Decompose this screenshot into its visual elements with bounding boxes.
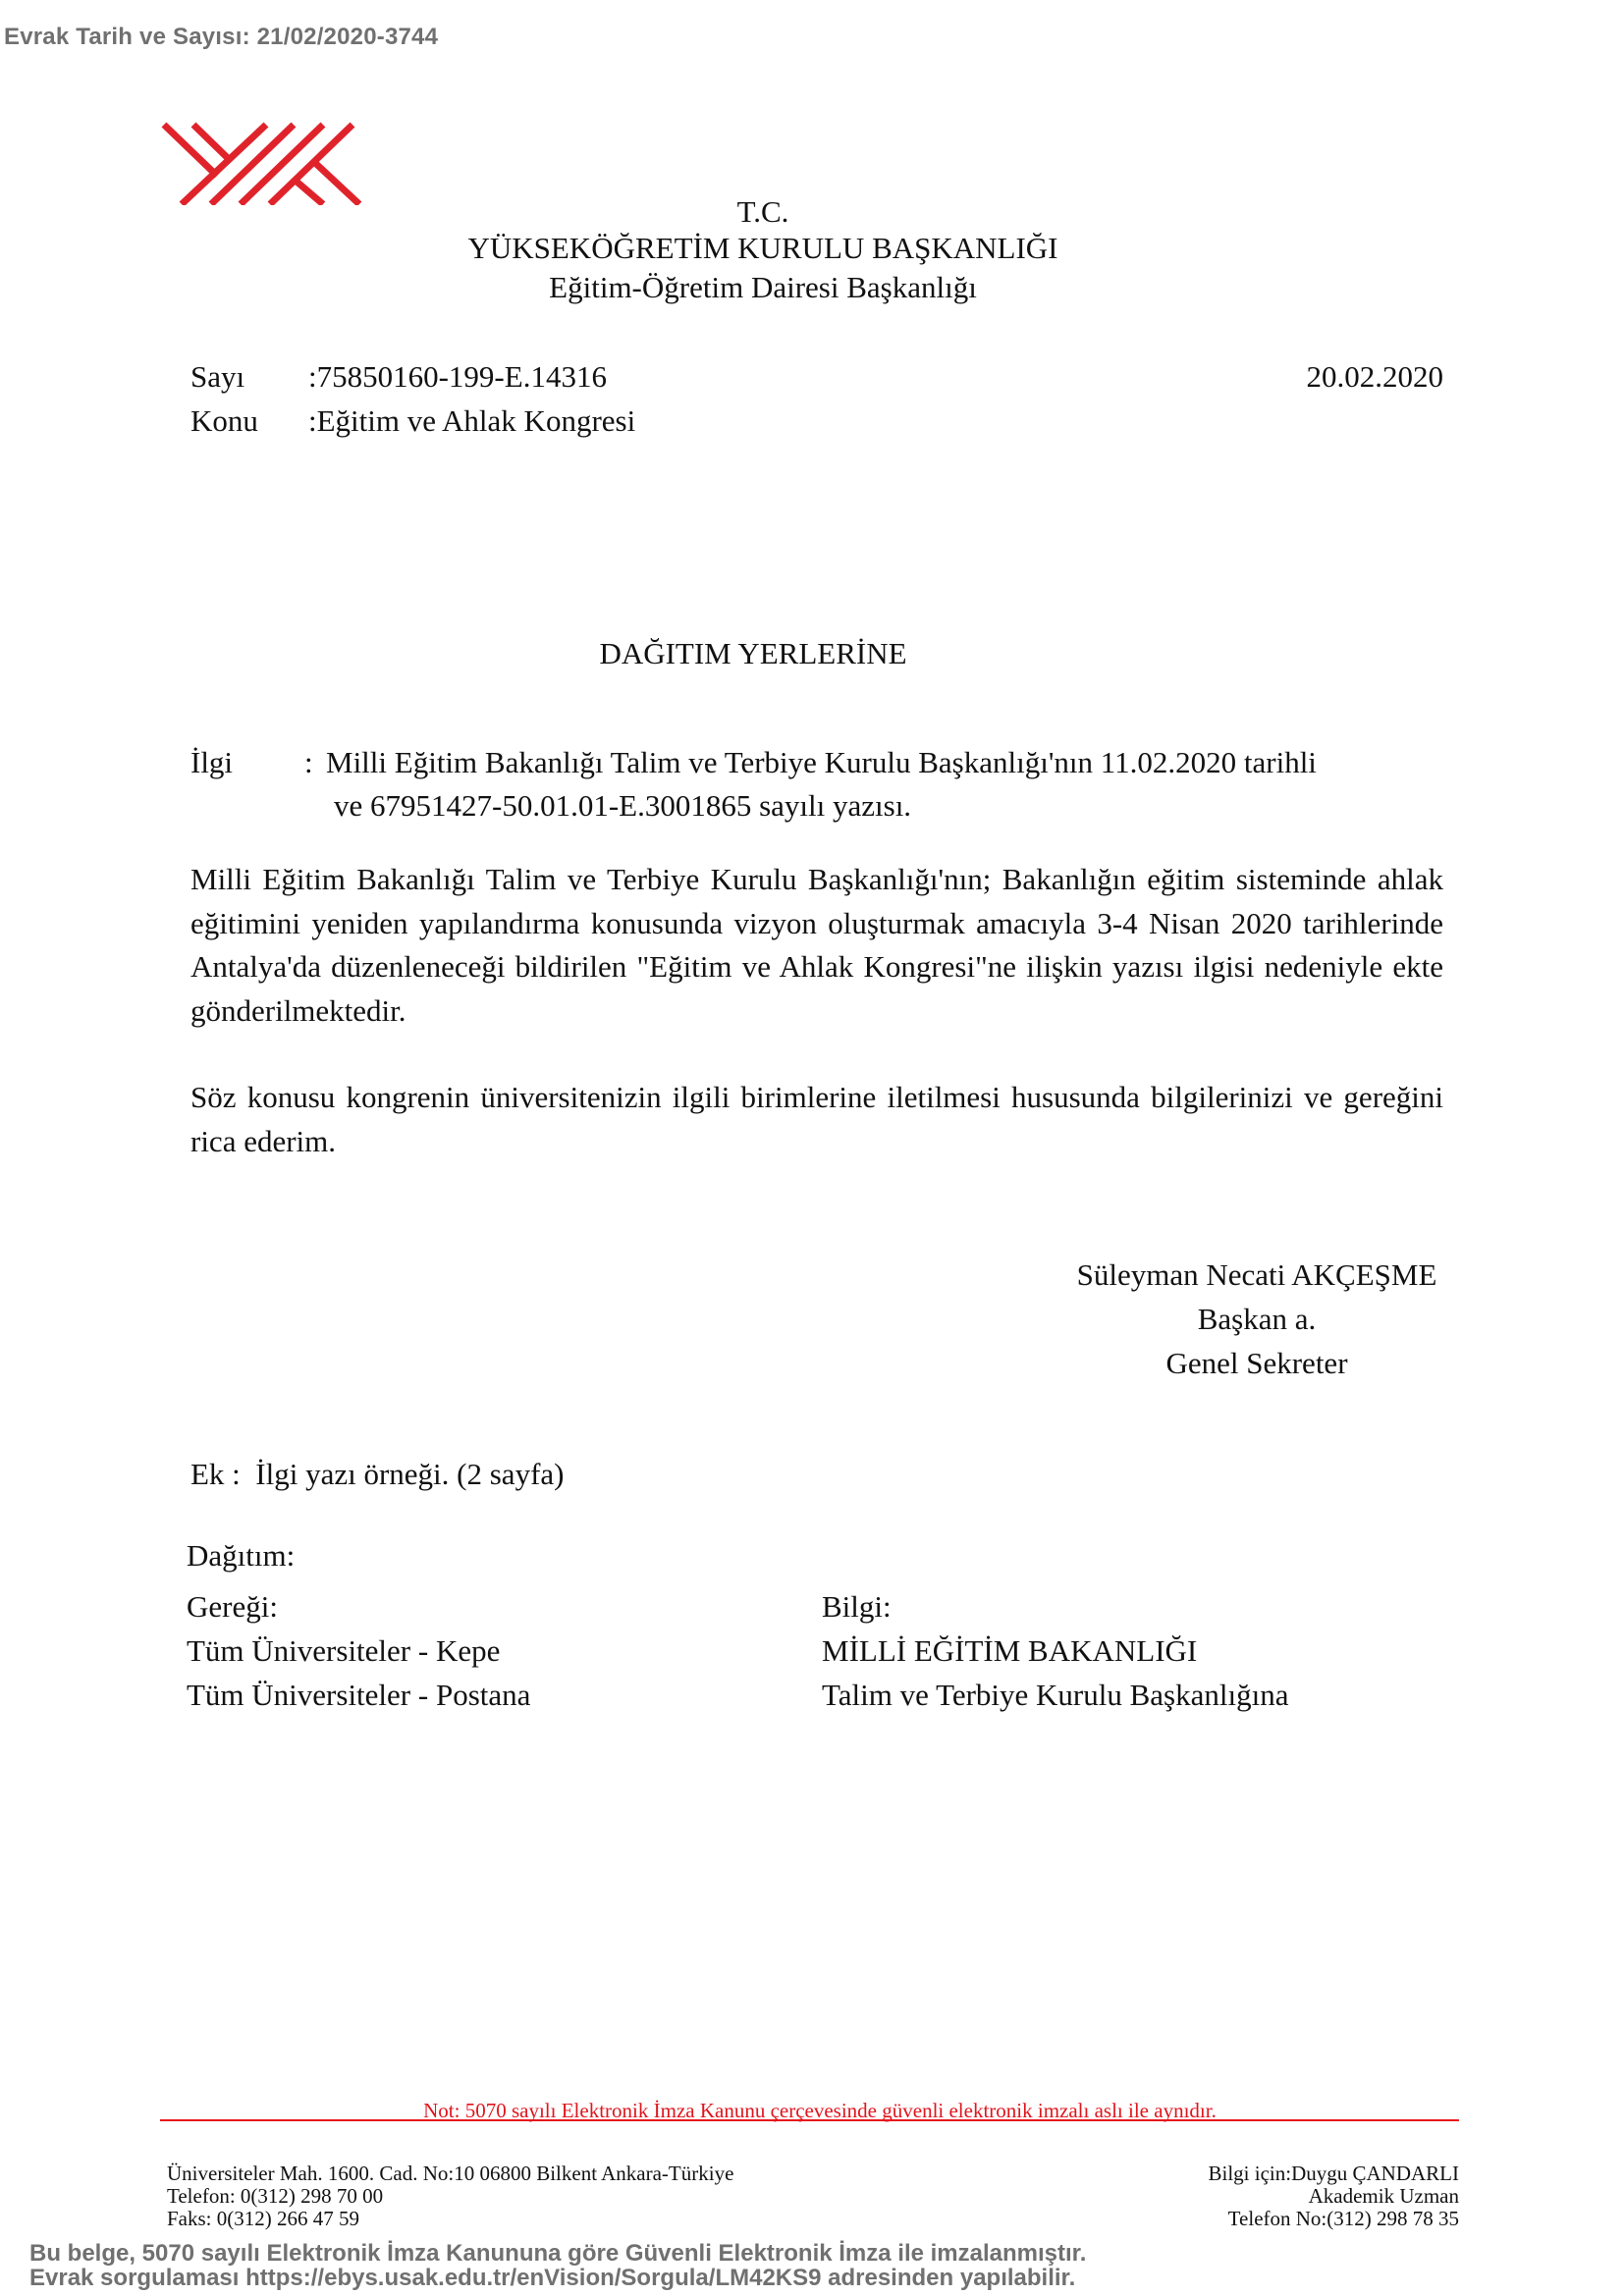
header-organization: YÜKSEKÖĞRETİM KURULU BAŞKANLIĞI	[0, 231, 1575, 266]
signature-block: Süleyman Necati AKÇEŞME Başkan a. Genel …	[1051, 1253, 1463, 1385]
contact-name: Bilgi için:Duygu ÇANDARLI	[1209, 2163, 1460, 2185]
signatory-name: Süleyman Necati AKÇEŞME	[1051, 1253, 1463, 1297]
esign-statement: Bu belge, 5070 sayılı Elektronik İmza Ka…	[29, 2241, 1086, 2266]
signatory-title-2: Genel Sekreter	[1051, 1341, 1463, 1385]
reference-line-1: Milli Eğitim Bakanlığı Talim ve Terbiye …	[326, 741, 1624, 784]
yok-logo-icon	[160, 122, 376, 205]
header-department: Eğitim-Öğretim Dairesi Başkanlığı	[0, 270, 1575, 305]
addressee: DAĞITIM YERLERİNE	[0, 636, 1565, 671]
footer-address: Üniversiteler Mah. 1600. Cad. No:10 0680…	[167, 2163, 733, 2185]
distribution-action-label: Gereği:	[187, 1584, 530, 1629]
distribution-action-list: Gereği: Tüm Üniversiteler - Kepe Tüm Üni…	[187, 1584, 530, 1717]
reference-text: Milli Eğitim Bakanlığı Talim ve Terbiye …	[326, 741, 1624, 828]
footer-divider	[160, 2119, 1459, 2121]
sayi-value: :75850160-199-E.14316	[308, 359, 607, 395]
footer-fax: Faks: 0(312) 266 47 59	[167, 2208, 733, 2230]
distribution-action-item: Tüm Üniversiteler - Postana	[187, 1673, 530, 1717]
contact-title: Akademik Uzman	[1209, 2185, 1460, 2208]
body-paragraph-1: Milli Eğitim Bakanlığı Talim ve Terbiye …	[190, 858, 1443, 1033]
konu-label: Konu	[190, 403, 258, 439]
document-date: 20.02.2020	[1307, 359, 1444, 395]
document-date-number-stamp: Evrak Tarih ve Sayısı: 21/02/2020-3744	[4, 24, 438, 51]
distribution-info-label: Bilgi:	[822, 1584, 1288, 1629]
distribution-info-list: Bilgi: MİLLİ EĞİTİM BAKANLIĞI Talim ve T…	[822, 1584, 1288, 1717]
distribution-info-item: MİLLİ EĞİTİM BAKANLIĞI	[822, 1629, 1288, 1673]
sayi-label: Sayı	[190, 359, 244, 395]
attachment-note: Ek : İlgi yazı örneği. (2 sayfa)	[190, 1457, 564, 1492]
body-paragraph-2: Söz konusu kongrenin üniversitenizin ilg…	[190, 1076, 1443, 1163]
distribution-action-item: Tüm Üniversiteler - Kepe	[187, 1629, 530, 1673]
distribution-info-item: Talim ve Terbiye Kurulu Başkanlığına	[822, 1673, 1288, 1717]
footer-contact-block: Bilgi için:Duygu ÇANDARLI Akademik Uzman…	[1209, 2163, 1460, 2230]
signatory-title-1: Başkan a.	[1051, 1297, 1463, 1341]
reference-label: İlgi	[190, 741, 233, 784]
esign-verification-link[interactable]: Evrak sorgulaması https://ebys.usak.edu.…	[29, 2266, 1086, 2290]
contact-phone: Telefon No:(312) 298 78 35	[1209, 2208, 1460, 2230]
distribution-title: Dağıtım:	[187, 1538, 295, 1574]
header-tc: T.C.	[0, 194, 1575, 230]
footer-phone: Telefon: 0(312) 298 70 00	[167, 2185, 733, 2208]
footer-address-block: Üniversiteler Mah. 1600. Cad. No:10 0680…	[167, 2163, 733, 2230]
esign-verification-block: Bu belge, 5070 sayılı Elektronik İmza Ka…	[29, 2241, 1086, 2290]
konu-value: :Eğitim ve Ahlak Kongresi	[308, 403, 635, 439]
reference-line-2: ve 67951427-50.01.01-E.3001865 sayılı ya…	[326, 784, 1624, 828]
reference-colon: :	[304, 741, 313, 784]
